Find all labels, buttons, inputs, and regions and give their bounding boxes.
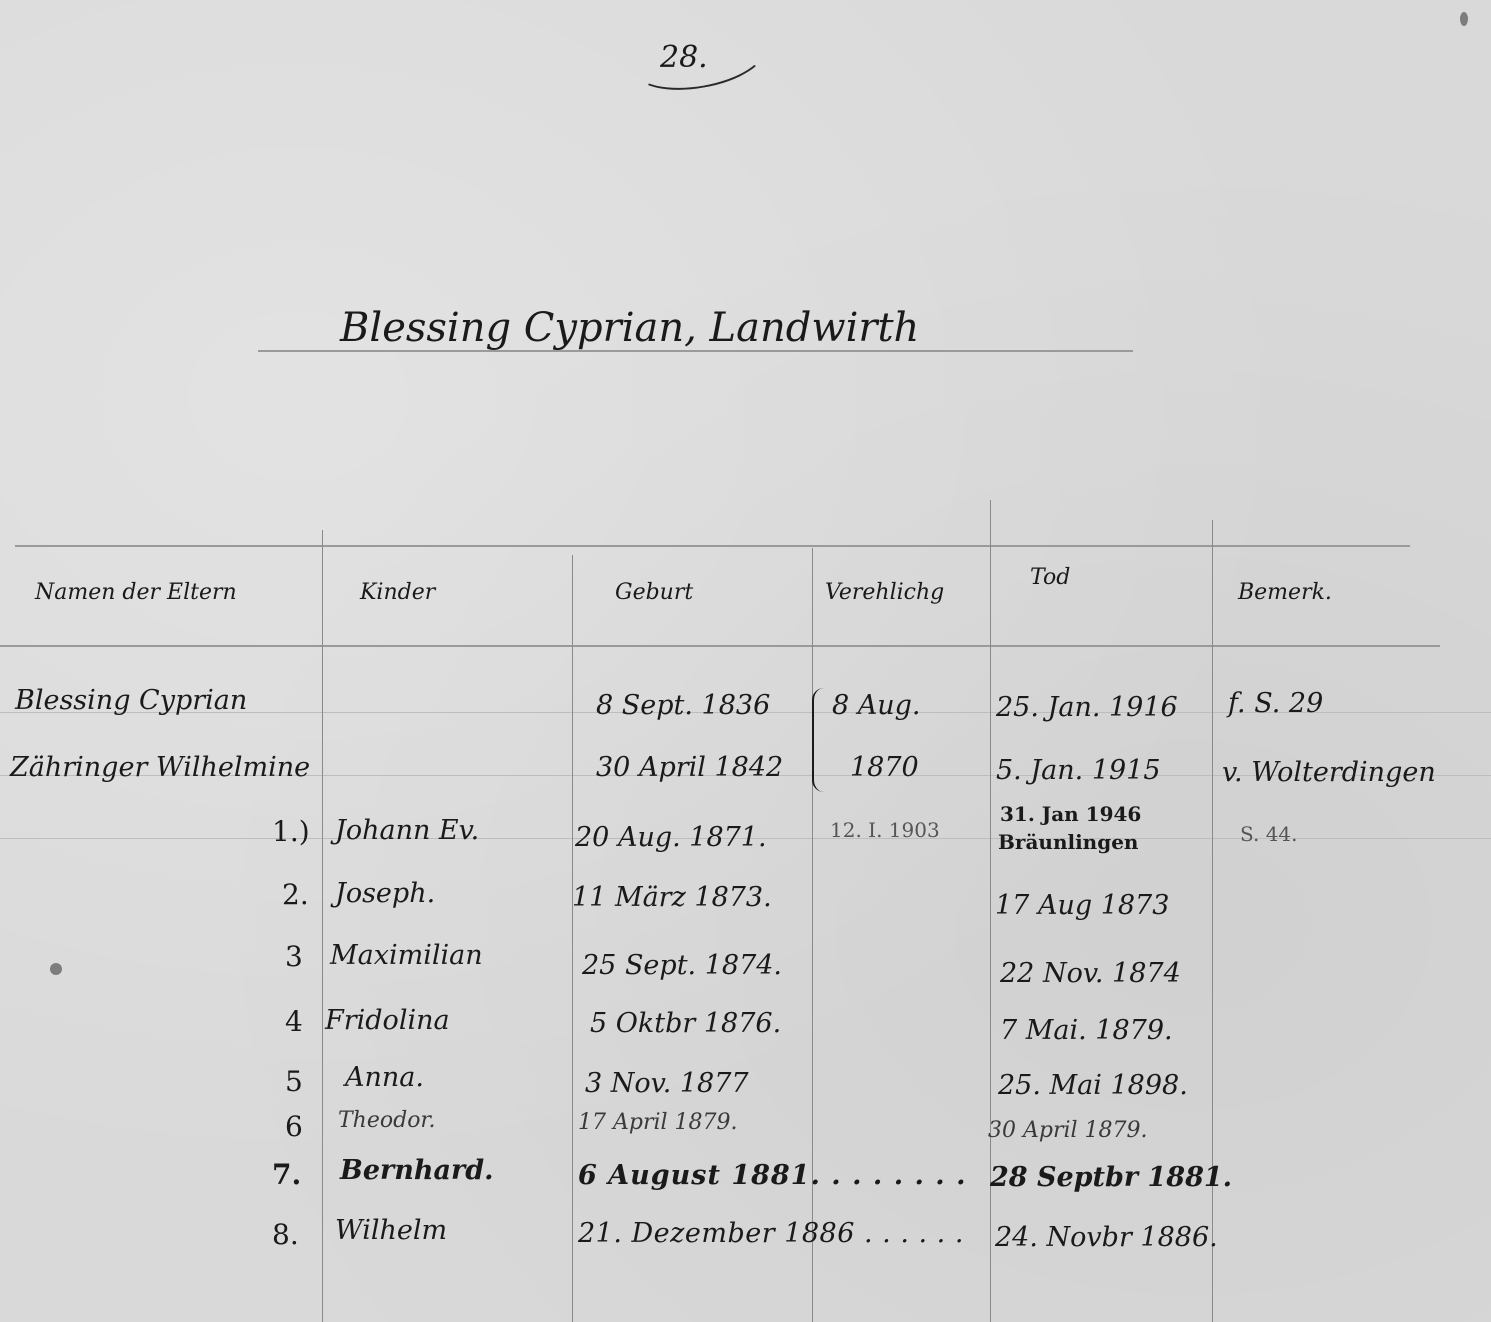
child-name: Joseph.	[335, 878, 435, 909]
header-marriage: Verehlichg	[825, 580, 944, 605]
column-divider	[812, 548, 813, 1322]
child-death: 30 April 1879.	[988, 1118, 1148, 1143]
child-death: 24. Novbr 1886.	[995, 1222, 1218, 1253]
child-birth: 25 Sept. 1874.	[582, 950, 782, 981]
header-parents: Namen der Eltern	[35, 580, 237, 605]
ink-spot	[1460, 12, 1468, 26]
child-death-place: Bräunlingen	[998, 830, 1138, 854]
child-death: 7 Mai. 1879.	[1000, 1015, 1173, 1046]
header-death: Tod	[1030, 565, 1070, 590]
child-number: 2.	[282, 878, 309, 911]
child-birth: 3 Nov. 1877	[585, 1068, 749, 1099]
parent-birth: 8 Sept. 1836	[596, 690, 770, 721]
parent-marriage: 1870	[850, 752, 919, 783]
marriage-brace	[812, 688, 832, 792]
header-children: Kinder	[360, 580, 435, 605]
child-birth: 21. Dezember 1886 . . . . . .	[578, 1218, 964, 1249]
child-name: Maximilian	[330, 940, 483, 971]
column-divider	[322, 530, 323, 1322]
parent-birth: 30 April 1842	[596, 752, 783, 783]
child-death: 25. Mai 1898.	[998, 1070, 1188, 1101]
parent-remarks: f. S. 29	[1228, 688, 1323, 719]
child-birth: 11 März 1873.	[572, 882, 772, 913]
child-birth: 20 Aug. 1871.	[575, 822, 767, 853]
column-divider	[1212, 520, 1213, 1322]
child-remarks: S. 44.	[1240, 822, 1298, 846]
table-top-rule	[15, 545, 1410, 547]
child-name: Bernhard.	[340, 1155, 493, 1186]
child-number: 8.	[272, 1218, 299, 1251]
header-remarks: Bemerk.	[1238, 580, 1332, 605]
parent-name: Zähringer Wilhelmine	[10, 752, 310, 783]
child-name: Anna.	[345, 1062, 424, 1093]
parent-name: Blessing Cyprian	[15, 685, 247, 716]
page-title: Blessing Cyprian, Landwirth	[340, 305, 919, 351]
child-birth: 5 Oktbr 1876.	[590, 1008, 781, 1039]
parent-marriage: 8 Aug.	[832, 690, 921, 721]
child-death: 28 Septbr 1881.	[990, 1162, 1232, 1193]
page-number: 28.	[660, 40, 708, 75]
child-number: 4	[285, 1005, 303, 1038]
child-name: Theodor.	[338, 1108, 436, 1133]
parent-death: 25. Jan. 1916	[996, 692, 1178, 723]
child-name: Wilhelm	[335, 1215, 447, 1246]
column-divider	[990, 500, 991, 1322]
child-number: 5	[285, 1065, 303, 1098]
child-birth: 6 August 1881. . . . . . . .	[578, 1160, 967, 1191]
title-underline	[258, 350, 1133, 352]
column-divider	[572, 555, 573, 1322]
child-name: Johann Ev.	[335, 815, 479, 846]
child-name: Fridolina	[325, 1005, 450, 1036]
child-marriage: 12. I. 1903	[830, 818, 940, 842]
parent-death: 5. Jan. 1915	[996, 755, 1161, 786]
child-death: 17 Aug 1873	[995, 890, 1169, 921]
child-birth: 17 April 1879.	[578, 1110, 738, 1135]
child-number: 6	[285, 1110, 303, 1143]
parent-remarks: v. Wolterdingen	[1222, 757, 1436, 788]
child-death: 31. Jan 1946	[1000, 802, 1141, 826]
header-bottom-rule	[0, 645, 1440, 647]
ink-spot	[50, 963, 62, 975]
child-number: 7.	[272, 1158, 301, 1191]
child-number: 1.)	[272, 815, 310, 848]
child-death: 22 Nov. 1874	[1000, 958, 1181, 989]
header-birth: Geburt	[615, 580, 693, 605]
child-number: 3	[285, 940, 303, 973]
